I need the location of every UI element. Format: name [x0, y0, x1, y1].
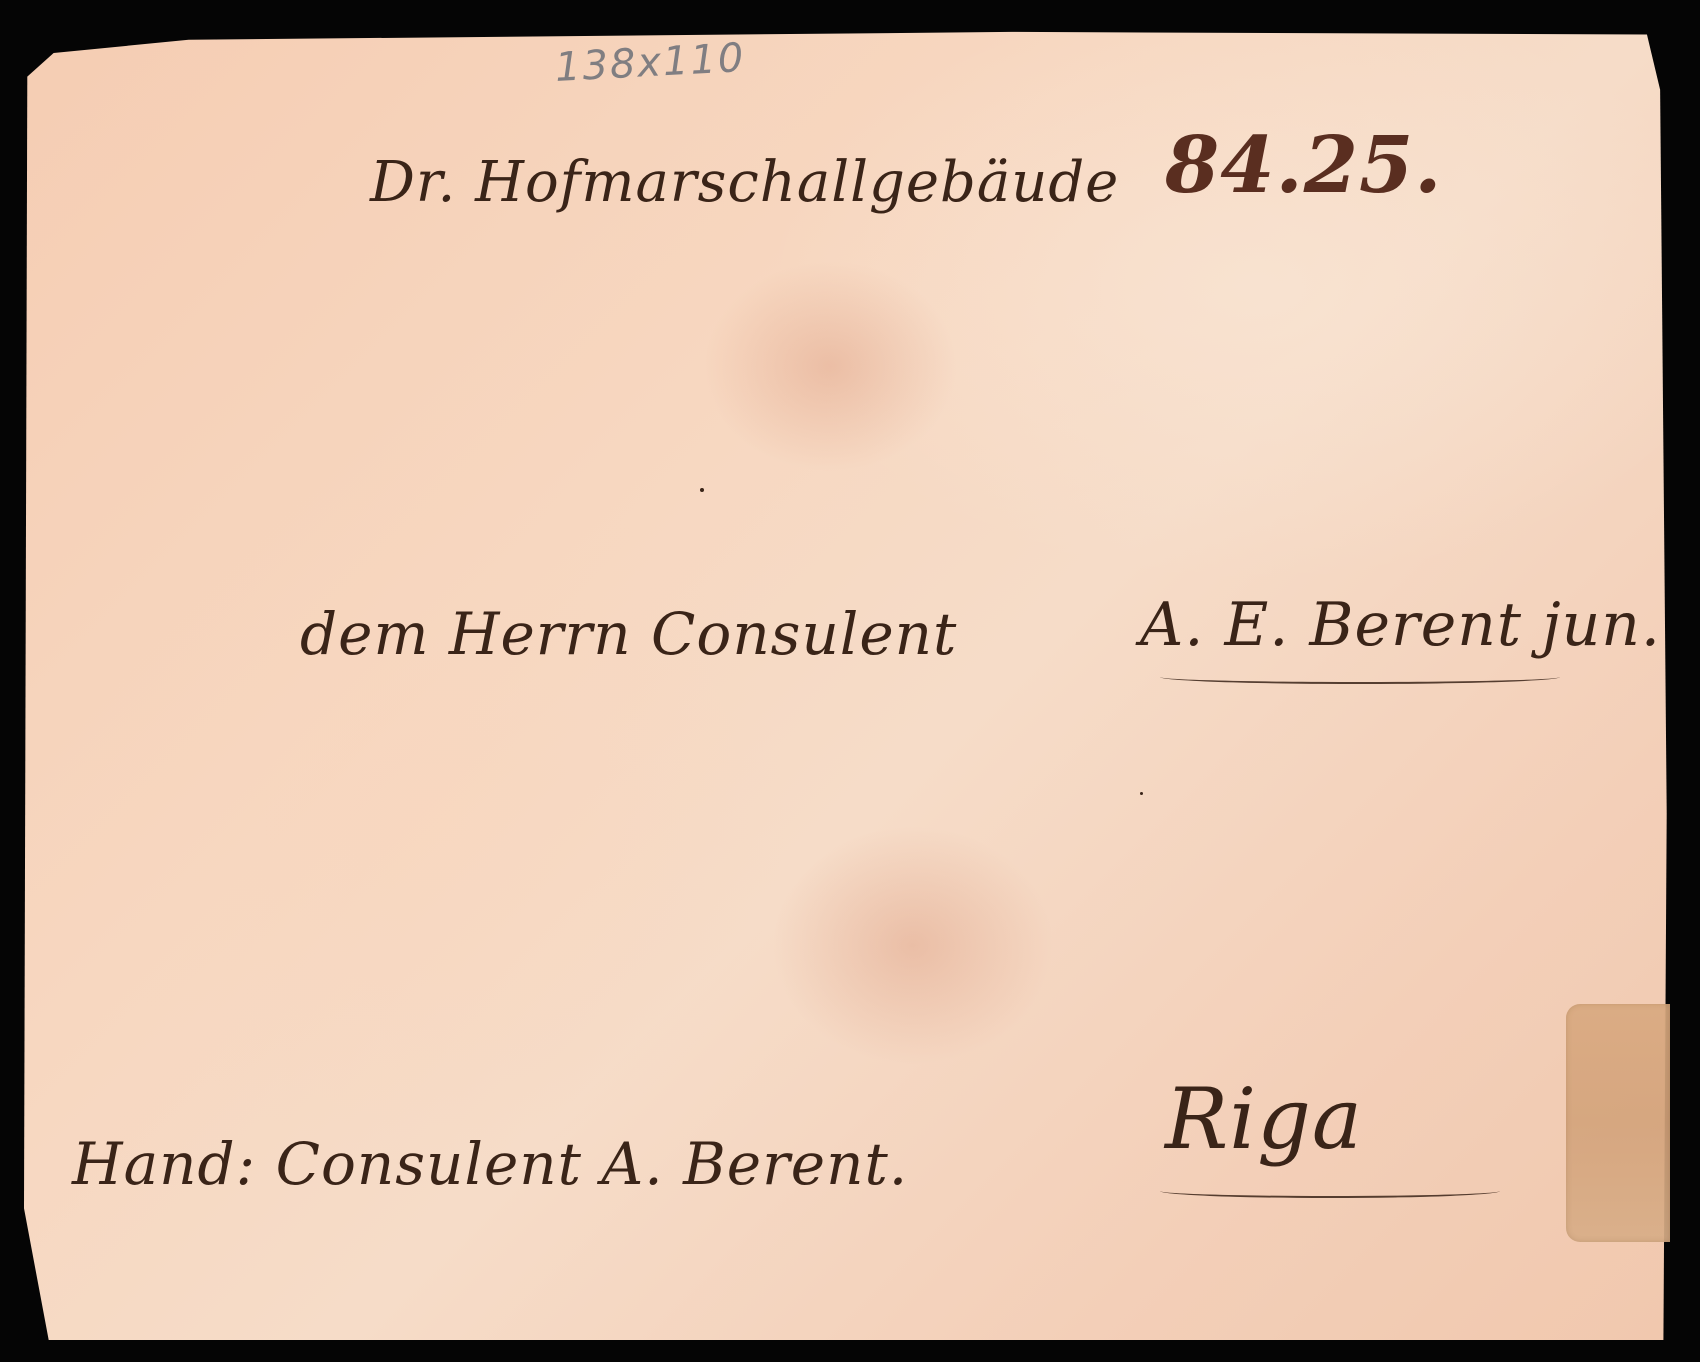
amount: 84.25.: [1165, 120, 1442, 211]
ink-speck: [700, 488, 704, 492]
tape-strip: [1566, 1004, 1670, 1242]
header-line-text: Dr. Hofmarschallgebäude: [370, 150, 1119, 215]
addressee-salutation: dem Herrn Consulent: [300, 600, 957, 668]
destination-underline: [1160, 1184, 1500, 1198]
addressee-name: A. E. Berent jun.: [1140, 590, 1661, 660]
addressee-underline: [1160, 670, 1560, 684]
sender-line: Hand: Consulent A. Berent.: [72, 1130, 908, 1198]
destination: Riga: [1165, 1070, 1363, 1168]
ink-speck: [1140, 792, 1143, 795]
